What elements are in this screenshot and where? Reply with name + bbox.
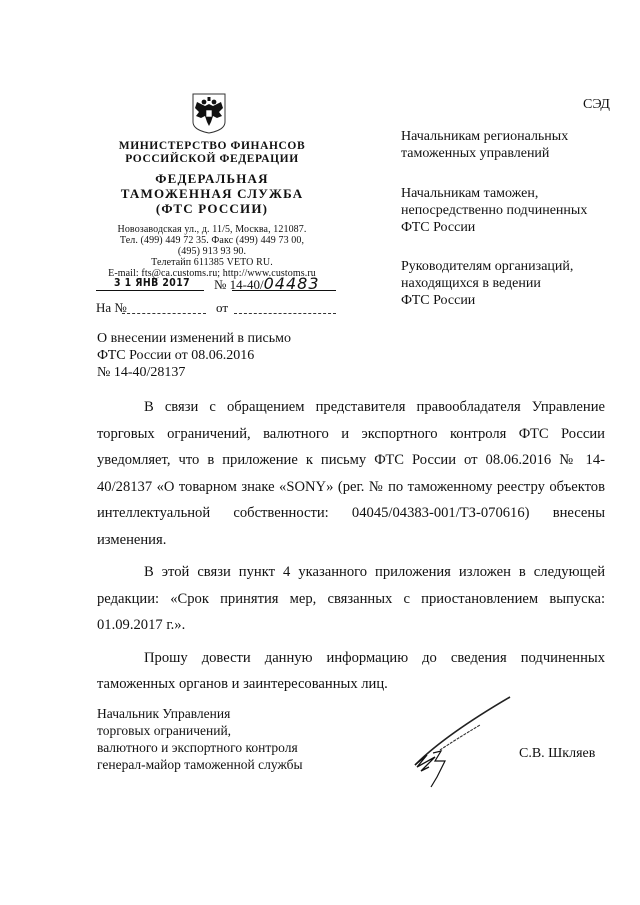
addressee-organizations: Руководителям организаций, находящихся в… <box>401 258 573 309</box>
registration-line: 3 1 ЯНВ 2017 № 14-40/04483 <box>96 274 336 294</box>
subject-line: № 14-40/28137 <box>97 364 337 381</box>
sed-mark: СЭД <box>583 97 610 113</box>
number-underline <box>232 290 336 291</box>
addressee-line: Руководителям организаций, <box>401 258 573 275</box>
signatory-title-line: торговых ограничений, <box>97 722 303 739</box>
agency-name-line3: (ФТС РОССИИ) <box>96 201 328 216</box>
letterhead: МИНИСТЕРСТВО ФИНАНСОВ РОССИЙСКОЙ ФЕДЕРАЦ… <box>96 140 328 279</box>
reply-from-label: от <box>216 300 228 316</box>
signer-name: С.В. Шкляев <box>519 746 595 762</box>
date-stamp: 3 1 ЯНВ 2017 <box>114 276 190 289</box>
ministry-name-line1: МИНИСТЕРСТВО ФИНАНСОВ <box>96 140 328 153</box>
addressee-line: таможенных управлений <box>401 145 568 162</box>
reply-from-blank <box>234 313 336 314</box>
contact-info: Новозаводская ул., д. 11/5, Москва, 1210… <box>96 224 328 279</box>
addressee-line: находящихся в ведении <box>401 275 573 292</box>
addressee-line: Начальникам таможен, <box>401 185 587 202</box>
coat-of-arms-icon <box>191 92 227 134</box>
subject-line: О внесении изменений в письмо <box>97 330 337 347</box>
body-paragraph-2: В этой связи пункт 4 указанного приложен… <box>97 559 605 639</box>
contact-phone-fax: Тел. (499) 449 72 35. Факс (499) 449 73 … <box>96 235 328 246</box>
signatory-title-line: генерал-майор таможенной службы <box>97 756 303 773</box>
signatory-title-line: Начальник Управления <box>97 705 303 722</box>
addressee-line: непосредственно подчиненных <box>401 202 587 219</box>
addressee-customs: Начальникам таможен, непосредственно под… <box>401 185 587 236</box>
agency-name-line1: ФЕДЕРАЛЬНАЯ <box>96 171 328 186</box>
contact-phone-extra: (495) 913 93 90. <box>96 246 328 257</box>
addressee-regional: Начальникам региональных таможенных упра… <box>401 128 568 162</box>
addressee-line: Начальникам региональных <box>401 128 568 145</box>
letter-body: В связи с обращением представителя право… <box>97 394 605 698</box>
letter-subject: О внесении изменений в письмо ФТС России… <box>97 330 337 381</box>
addressee-line: ФТС России <box>401 219 587 236</box>
signatory-title: Начальник Управления торговых ограничени… <box>97 705 303 773</box>
signature-icon <box>395 695 525 805</box>
body-paragraph-3: Прошу довести данную информацию до сведе… <box>97 645 605 698</box>
signatory-title-line: валютного и экспортного контроля <box>97 739 303 756</box>
reply-to-blank <box>122 313 206 314</box>
contact-address: Новозаводская ул., д. 11/5, Москва, 1210… <box>96 224 328 235</box>
date-underline <box>96 290 204 291</box>
contact-teletype: Телетайп 611385 VETO RU. <box>96 257 328 268</box>
ministry-name-line2: РОССИЙСКОЙ ФЕДЕРАЦИИ <box>96 153 328 166</box>
subject-line: ФТС России от 08.06.2016 <box>97 347 337 364</box>
body-paragraph-1: В связи с обращением представителя право… <box>97 394 605 553</box>
addressee-line: ФТС России <box>401 292 573 309</box>
agency-name-line2: ТАМОЖЕННАЯ СЛУЖБА <box>96 186 328 201</box>
